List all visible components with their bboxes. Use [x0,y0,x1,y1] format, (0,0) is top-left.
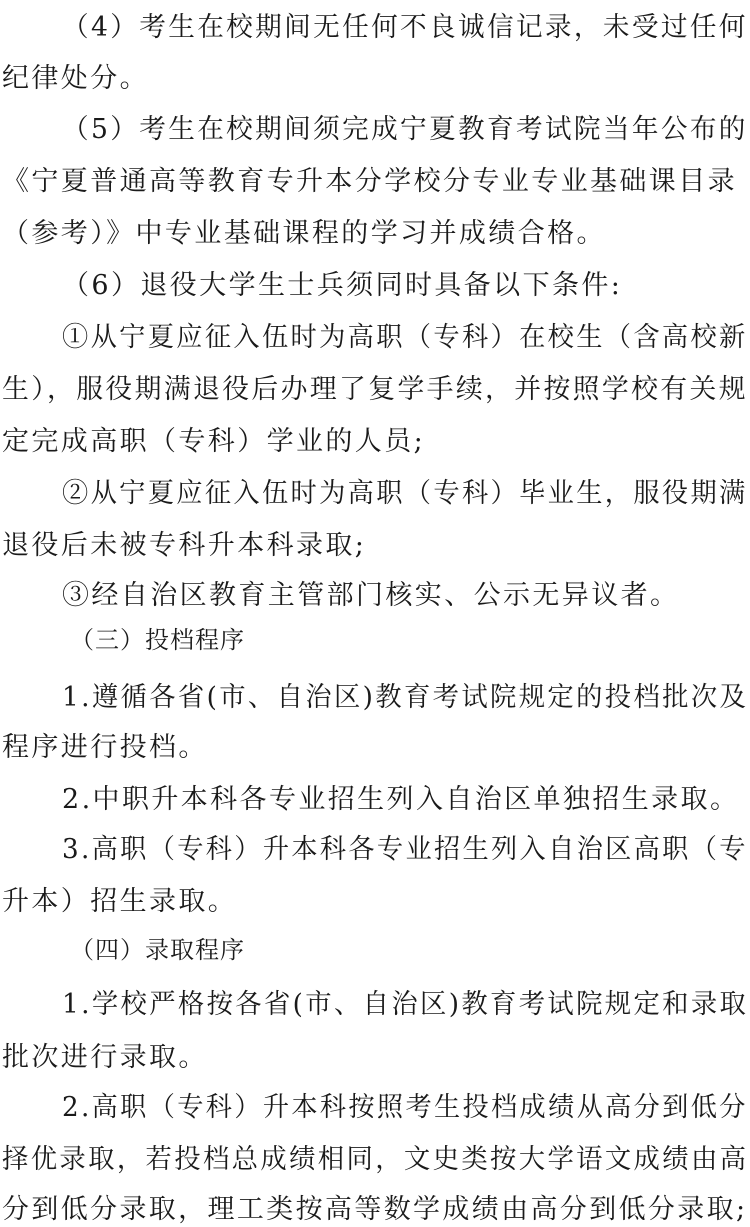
paragraph-line: 纪律处分。 [2,61,149,97]
paragraph-line: 升本）招生录取。 [2,884,237,920]
paragraph-line: 2.高职（专科）升本科按照考生投档成绩从高分到低分 [62,1090,748,1126]
paragraph-line: 分到低分录取，理工类按高等数学成绩由高分到低分录取; [2,1192,748,1227]
paragraph-line: 生），服役期满退役后办理了复学手续，并按照学校有关规 [2,372,748,408]
paragraph-line: 定完成高职（专科）学业的人员; [2,424,425,460]
paragraph-line: ①从宁夏应征入伍时为高职（专科）在校生（含高校新 [62,320,748,356]
section-heading: （四）录取程序 [70,932,245,968]
paragraph-line: 退役后未被专科升本科录取; [2,528,366,564]
paragraph-line: 1.遵循各省(市、自治区)教育考试院规定的投档批次及 [62,680,748,716]
paragraph-line: （5）考生在校期间须完成宁夏教育考试院当年公布的 [62,112,748,148]
paragraph-line: 1.学校严格按各省(市、自治区)教育考试院规定和录取 [62,987,748,1023]
section-heading: （三）投档程序 [70,622,245,658]
paragraph-line: 择优录取，若投档总成绩相同，文史类按大学语文成绩由高 [2,1142,748,1178]
paragraph-line: 程序进行投档。 [2,730,208,766]
paragraph-line: 批次进行录取。 [2,1040,208,1076]
paragraph-line: （4）考生在校期间无任何不良诚信记录，未受过任何 [62,10,748,46]
paragraph-line: ③经自治区教育主管部门核实、公示无异议者。 [62,578,679,614]
paragraph-line: （参考）》中专业基础课程的学习并成绩合格。 [2,216,606,252]
paragraph-line: 《宁夏普通高等教育专升本分学校分专业专业基础课目录 [2,164,737,200]
paragraph-line: ②从宁夏应征入伍时为高职（专科）毕业生，服役期满 [62,476,748,512]
paragraph-line: 2.中职升本科各专业招生列入自治区单独招生录取。 [62,782,739,818]
paragraph-line: （6）退役大学生士兵须同时具备以下条件: [62,268,622,304]
paragraph-line: 3.高职（专科）升本科各专业招生列入自治区高职（专 [62,832,748,868]
